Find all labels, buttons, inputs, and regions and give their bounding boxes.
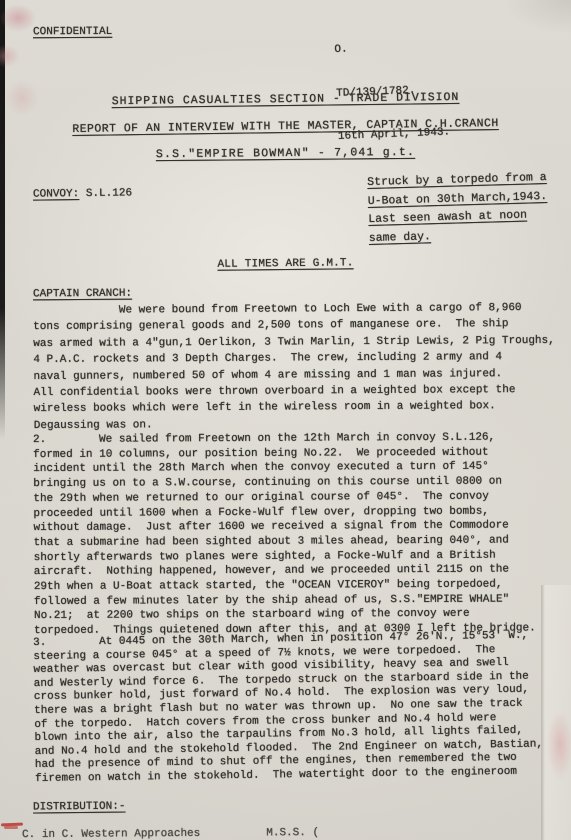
paragraph-2: 2. We sailed from Freetown on the 12th M… — [33, 430, 536, 638]
classification-stamp: CONFIDENTIAL — [33, 24, 112, 40]
convoy-line: CONVOY: S.L.126 — [33, 185, 132, 202]
fate-annotation: Struck by a torpedo from a U-Boat on 30t… — [367, 169, 548, 248]
paragraph-3: 3. At 0445 on the 30th March, when in po… — [33, 629, 543, 786]
convoy-value: S.L.126 — [79, 187, 132, 200]
interviewee-heading: CAPTAIN CRANCH: — [33, 286, 132, 303]
paper-shade-top-right — [451, 0, 571, 70]
scanned-document-page: CONFIDENTIAL O. TD/139/1782. 16th April,… — [0, 0, 571, 840]
red-pen-mark — [1, 823, 23, 830]
times-note: ALL TIMES ARE G.M.T. — [0, 253, 571, 275]
report-title: REPORT OF AN INTERVIEW WITH THE MASTER, … — [0, 115, 571, 139]
ship-title: S.S."EMPIRE BOWMAN" - 7,041 g.t. — [0, 144, 571, 165]
distribution-entry: C. in C. Western Approaches M.S.S. ( — [22, 825, 319, 840]
convoy-label: CONVOY: — [33, 188, 79, 201]
section-heading: SHIPPING CASUALTIES SECTION - TRADE DIVI… — [0, 89, 571, 112]
reference-code: O. — [334, 38, 447, 57]
paragraph-1: We were bound from Freetown to Loch Ewe … — [33, 300, 555, 434]
distribution-heading: DISTRIBUTION:- — [33, 799, 126, 816]
